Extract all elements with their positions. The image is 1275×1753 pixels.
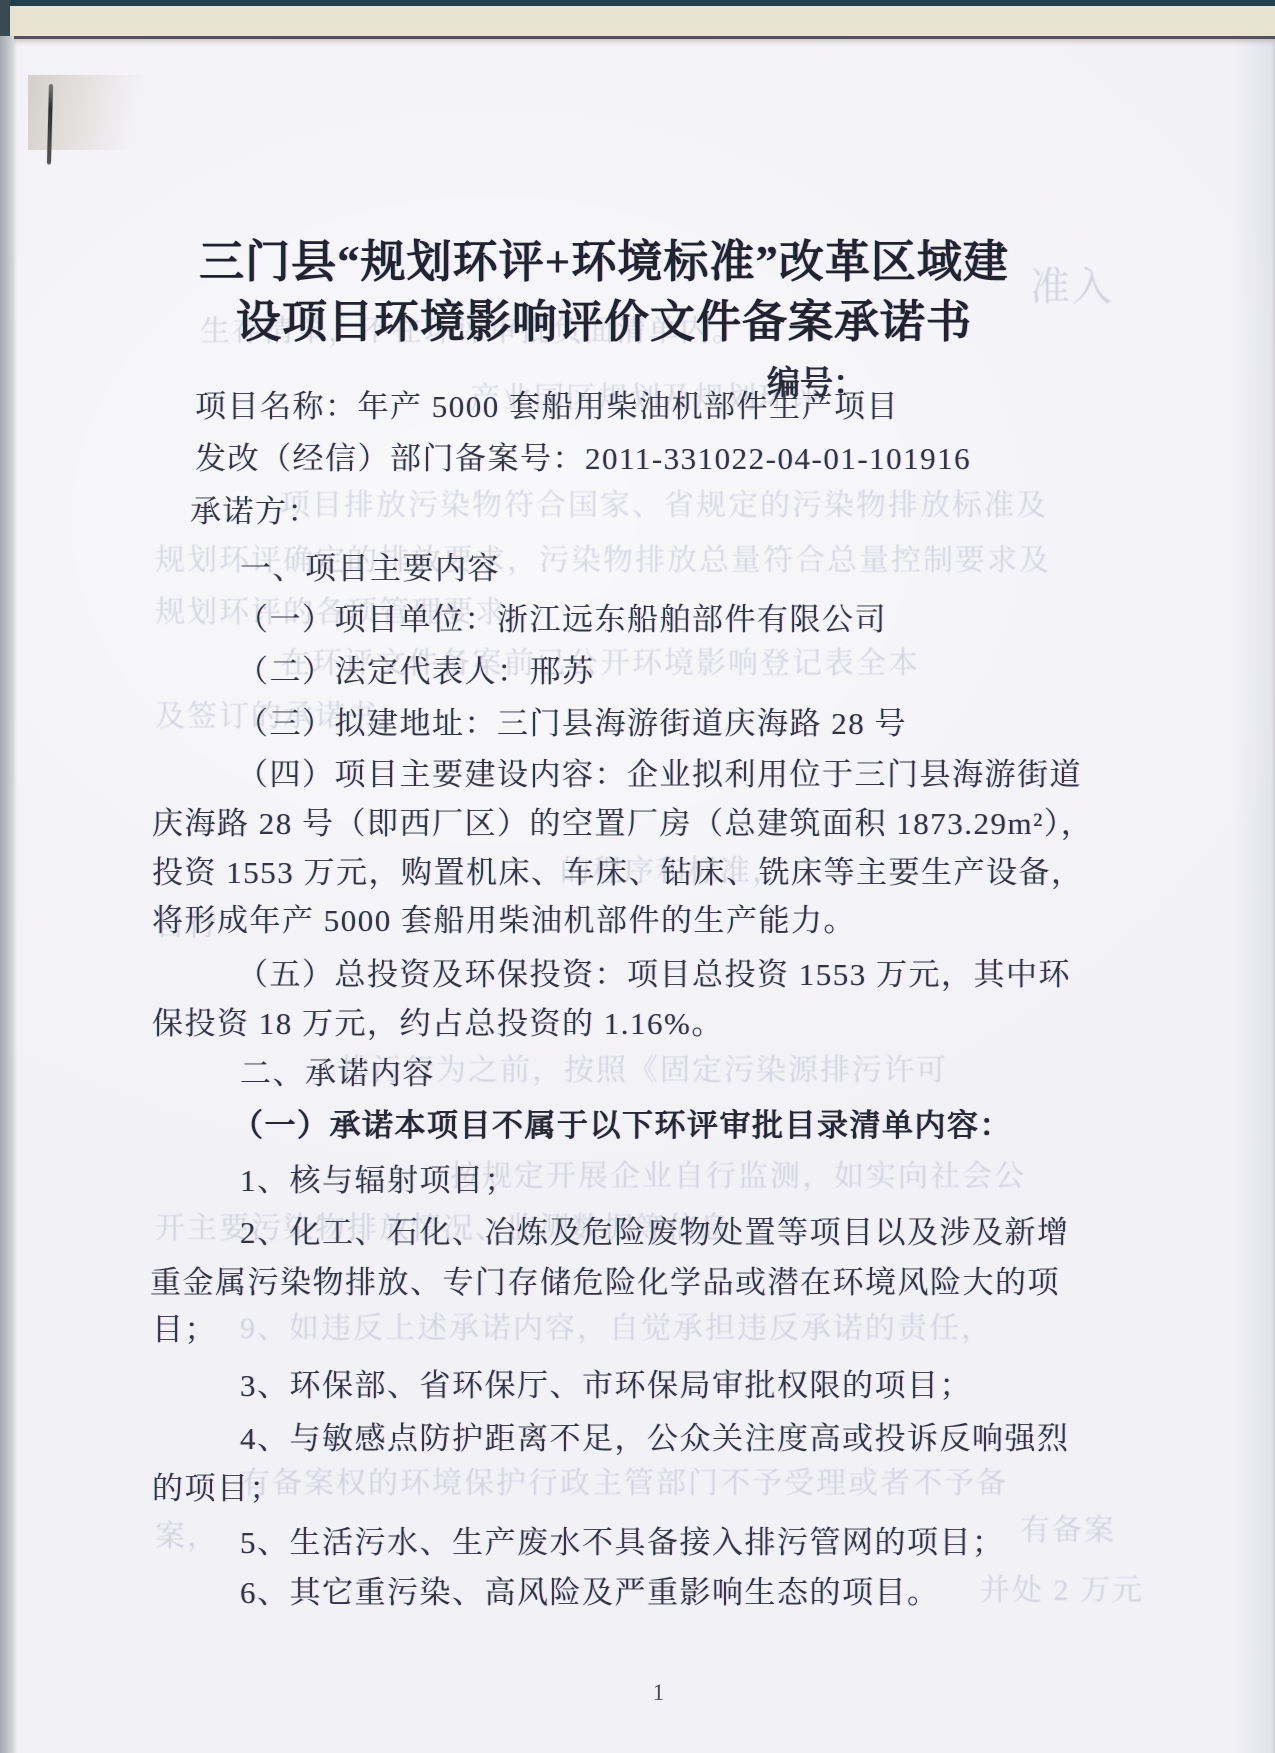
text-line: 重金属污染物排放、专门存储危险化学品或潜在环境风险大的项 <box>150 1257 1060 1302</box>
page-corner-shade <box>28 75 198 150</box>
text-line: 二、承诺内容 <box>240 1048 435 1093</box>
text-line: 1、核与辐射项目； <box>240 1155 517 1200</box>
text-line: 6、其它重污染、高风险及严重影响生态的项目。 <box>240 1567 940 1612</box>
page-number: 1 <box>28 1680 1275 1706</box>
text-line: （一）承诺本项目不属于以下环评审批目录清单内容： <box>232 1100 1012 1145</box>
ghost-line: 有备案权的环境保护行政主管部门不予受理或者不予备 <box>240 1458 1008 1502</box>
text-line: （三）拟建地址：三门县海游街道庆海路 28 号 <box>237 698 907 743</box>
text-line: 目； <box>152 1304 217 1349</box>
text-line: 承诺方： <box>190 486 320 531</box>
scan-left-edge-strip <box>0 36 14 1753</box>
ghost-line: 项目排放污染物符合国家、省规定的污染物排放标准及 <box>280 480 1048 524</box>
text-line: 庆海路 28 号（即西厂区）的空置厂房（总建筑面积 1873.29m²）， <box>152 798 1093 843</box>
text-line: 5、生活污水、生产废水不具备接入排污管网的项目； <box>240 1517 1005 1562</box>
text-line: 一、项目主要内容 <box>240 543 500 588</box>
ghost-line: 有备案 <box>1020 1505 1116 1549</box>
text-line: 项目名称：年产 5000 套船用柴油机部件生产项目 <box>195 381 899 426</box>
ghost-line: 并处 2 万元 <box>980 1565 1144 1609</box>
text-line: 投资 1553 万元，购置机床、车床、钻床、铣床等主要生产设备， <box>152 847 1084 892</box>
scanner-edge-strip <box>0 0 1275 6</box>
scanned-document-page: 准入生存清单，不在环评审批负面清单内。产业园区规划及规划环评项目排放污染物符合国… <box>14 36 1275 1753</box>
ghost-line: 案， <box>155 1511 219 1555</box>
text-line: （一）项目单位：浙江远东船舶部件有限公司 <box>237 594 887 639</box>
text-line: （五）总投资及环保投资：项目总投资 1553 万元，其中环 <box>237 949 1071 994</box>
text-line: （二）法定代表人：邢苏 <box>237 646 595 691</box>
ghost-line: 9、如违反上述承诺内容，自觉承担违反承诺的责任， <box>240 1303 993 1347</box>
document-title-line-2: 设项目环境影响评价文件备案承诺书 <box>89 285 1119 350</box>
text-line: 发改（经信）部门备案号：2011-331022-04-01-101916 <box>195 433 971 478</box>
text-line: 4、与敏感点防护距离不足，公众关注度高或投诉反响强烈 <box>240 1413 1070 1458</box>
text-line: 将形成年产 5000 套船用柴油机部件的生产能力。 <box>152 895 856 940</box>
text-line: 保投资 18 万元，约占总投资的 1.16%。 <box>152 998 724 1043</box>
text-line: 3、环保部、省环保厅、市环保局审批权限的项目； <box>240 1360 972 1405</box>
text-line: 2、化工、石化、冶炼及危险废物处置等项目以及涉及新增 <box>240 1207 1070 1252</box>
text-line: 的项目； <box>152 1463 282 1508</box>
text-line: （四）项目主要建设内容：企业拟利用位于三门县海游街道 <box>237 749 1082 794</box>
ghost-line: 按规定开展企业自行监测，如实向社会公 <box>450 1151 1026 1195</box>
document-title-line-1: 三门县“规划环评+环境标准”改革区域建 <box>89 225 1119 290</box>
